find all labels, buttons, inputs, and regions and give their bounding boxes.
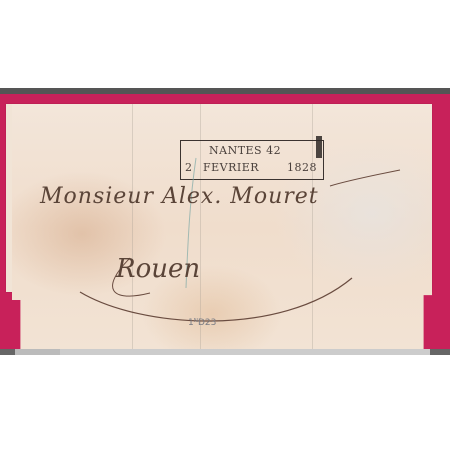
bottom-border-strip — [0, 349, 450, 355]
pencil-annotation: 1ᴺD23 — [188, 318, 216, 328]
addressee-name: Monsieur Alex. Mouret — [40, 184, 319, 209]
letter-photo: NANTES 42 2 FEVRIER 1828 Monsieur Alex. … — [0, 88, 450, 355]
addressee-city: Rouen — [116, 254, 200, 284]
handwriting-strokes — [0, 88, 450, 355]
